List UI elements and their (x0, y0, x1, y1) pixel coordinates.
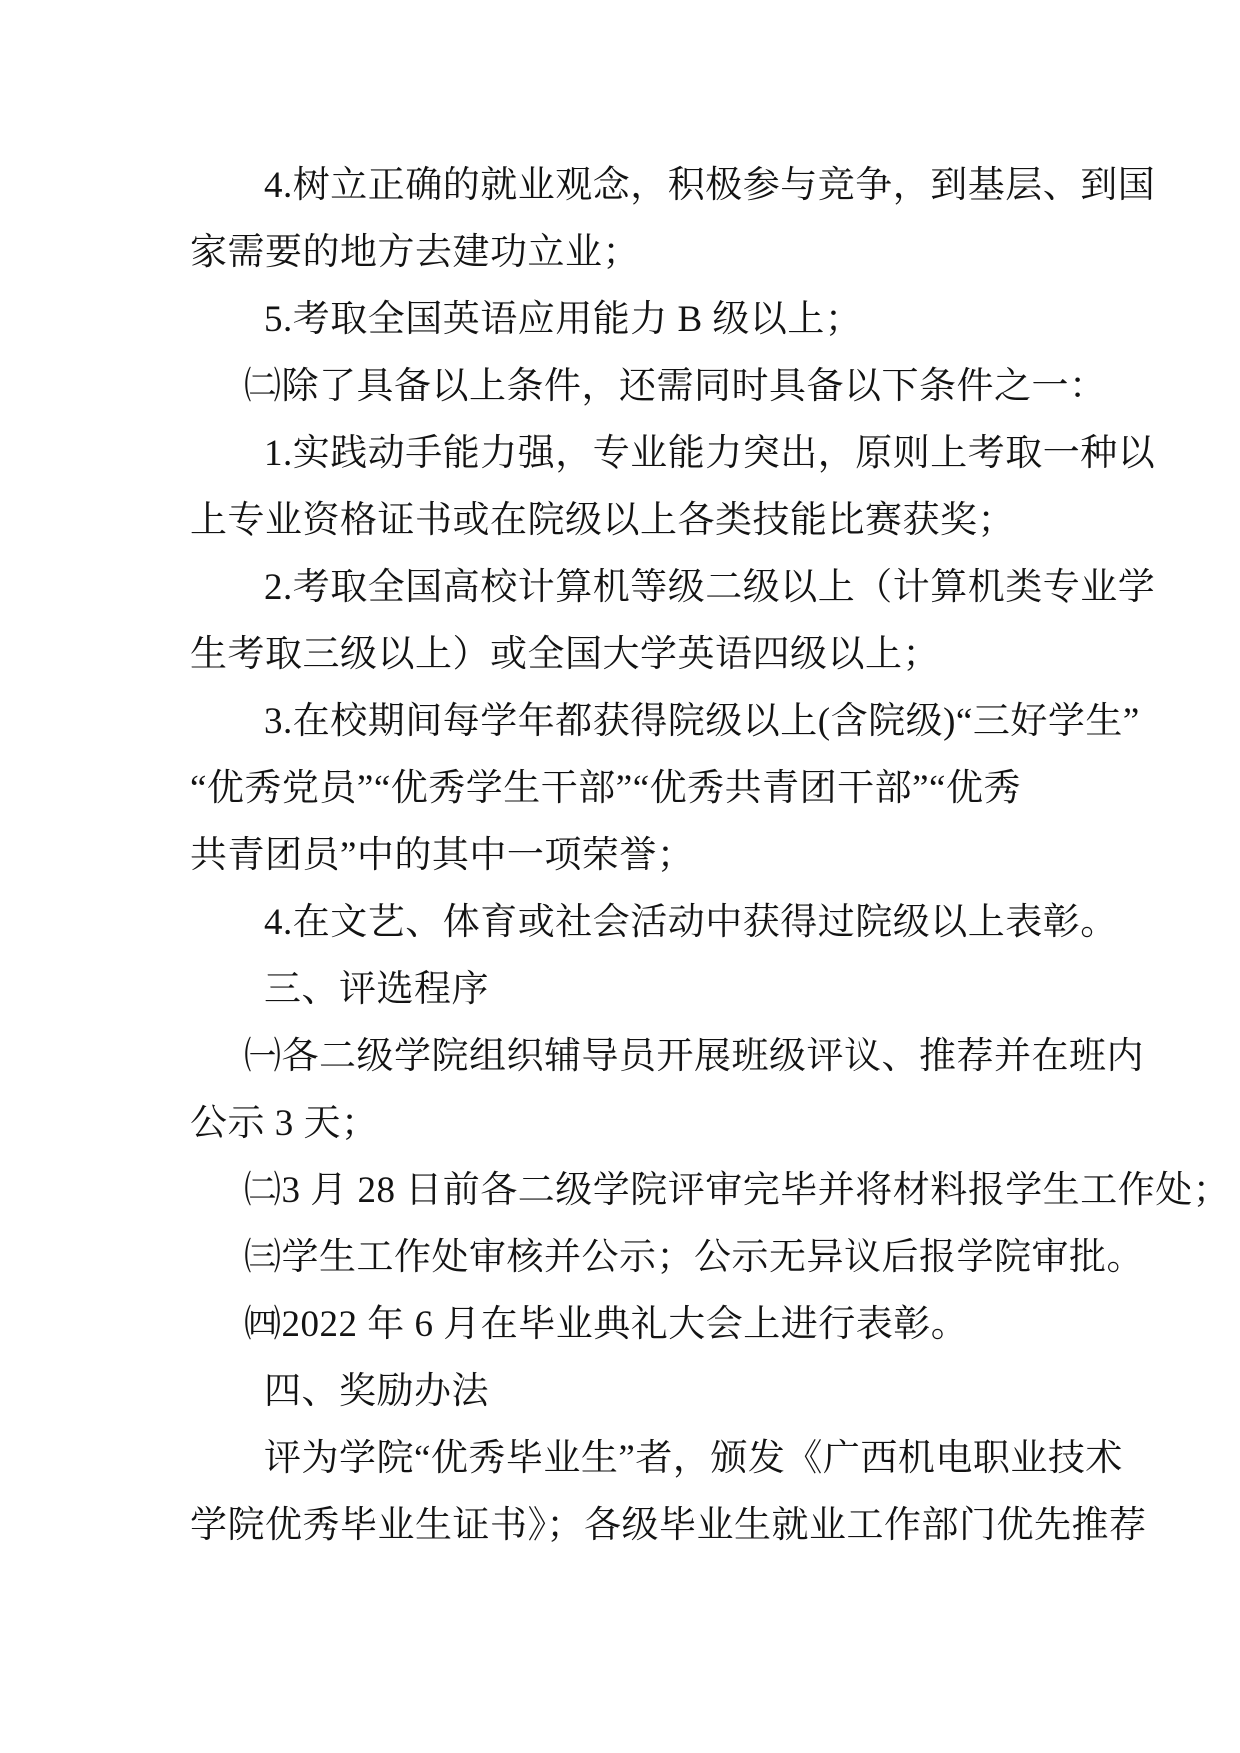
section-heading-text: 四、奖励办法 (190, 1358, 1070, 1425)
paragraph-sub-item-2-computer-english: 2.考取全国高校计算机等级二级以上（计算机类专业学 生考取三级以上）或全国大学英… (190, 554, 1070, 688)
text-line: 4.树立正确的就业观念，积极参与竞争，到基层、到国 (190, 152, 1070, 219)
text-line: 4.在文艺、体育或社会活动中获得过院级以上表彰。 (190, 889, 1070, 956)
paragraph-procedure-3-publicity-approval: ㈢学生工作处审核并公示；公示无异议后报学院审批。 (190, 1224, 1070, 1291)
text-line: 公示 3 天； (190, 1090, 1070, 1157)
paragraph-sub-item-4-activities: 4.在文艺、体育或社会活动中获得过院级以上表彰。 (190, 889, 1070, 956)
section-heading-selection-procedure: 三、评选程序 (190, 956, 1070, 1023)
document-page: 4.树立正确的就业观念，积极参与竞争，到基层、到国 家需要的地方去建功立业； 5… (0, 0, 1240, 1753)
text-line: 生考取三级以上）或全国大学英语四级以上； (190, 621, 1070, 688)
text-line: 5.考取全国英语应用能力 B 级以上； (190, 286, 1070, 353)
text-line: 3.在校期间每学年都获得院级以上(含院级)“三好学生” (190, 688, 1070, 755)
text-line: 2.考取全国高校计算机等级二级以上（计算机类专业学 (190, 554, 1070, 621)
text-line: 家需要的地方去建功立业； (190, 219, 1070, 286)
text-line: 共青团员”中的其中一项荣誉； (190, 822, 1070, 889)
text-line: “优秀党员”“优秀学生干部”“优秀共青团干部”“优秀 (190, 755, 1070, 822)
paragraph-procedure-4-commendation: ㈣2022 年 6 月在毕业典礼大会上进行表彰。 (190, 1291, 1070, 1358)
document-body: 4.树立正确的就业观念，积极参与竞争，到基层、到国 家需要的地方去建功立业； 5… (190, 152, 1070, 1559)
paragraph-condition-2-intro: ㈡除了具备以上条件，还需同时具备以下条件之一： (190, 353, 1070, 420)
text-line: 1.实践动手能力强，专业能力突出，原则上考取一种以 (190, 420, 1070, 487)
paragraph-sub-item-1-practical-ability: 1.实践动手能力强，专业能力突出，原则上考取一种以 上专业资格证书或在院级以上各… (190, 420, 1070, 554)
paragraph-procedure-2-college-review: ㈡3 月 28 日前各二级学院评审完毕并将材料报学生工作处； (190, 1157, 1070, 1224)
paragraph-item-4-employment-outlook: 4.树立正确的就业观念，积极参与竞争，到基层、到国 家需要的地方去建功立业； (190, 152, 1070, 286)
text-line: 上专业资格证书或在院级以上各类技能比赛获奖； (190, 487, 1070, 554)
section-heading-text: 三、评选程序 (190, 956, 1070, 1023)
paragraph-procedure-1-class-review: ㈠各二级学院组织辅导员开展班级评议、推荐并在班内 公示 3 天； (190, 1023, 1070, 1157)
text-line: 学院优秀毕业生证书》；各级毕业生就业工作部门优先推荐 (190, 1492, 1070, 1559)
text-line: ㈡除了具备以上条件，还需同时具备以下条件之一： (190, 353, 1070, 420)
section-heading-reward-measures: 四、奖励办法 (190, 1358, 1070, 1425)
text-line: ㈡3 月 28 日前各二级学院评审完毕并将材料报学生工作处； (190, 1157, 1070, 1224)
text-line: ㈠各二级学院组织辅导员开展班级评议、推荐并在班内 (190, 1023, 1070, 1090)
paragraph-sub-item-3-honors: 3.在校期间每学年都获得院级以上(含院级)“三好学生” “优秀党员”“优秀学生干… (190, 688, 1070, 889)
text-line: ㈣2022 年 6 月在毕业典礼大会上进行表彰。 (190, 1291, 1070, 1358)
paragraph-item-5-english-level: 5.考取全国英语应用能力 B 级以上； (190, 286, 1070, 353)
text-line: 评为学院“优秀毕业生”者，颁发《广西机电职业技术 (190, 1425, 1070, 1492)
text-line: ㈢学生工作处审核并公示；公示无异议后报学院审批。 (190, 1224, 1070, 1291)
paragraph-reward-description: 评为学院“优秀毕业生”者，颁发《广西机电职业技术 学院优秀毕业生证书》；各级毕业… (190, 1425, 1070, 1559)
